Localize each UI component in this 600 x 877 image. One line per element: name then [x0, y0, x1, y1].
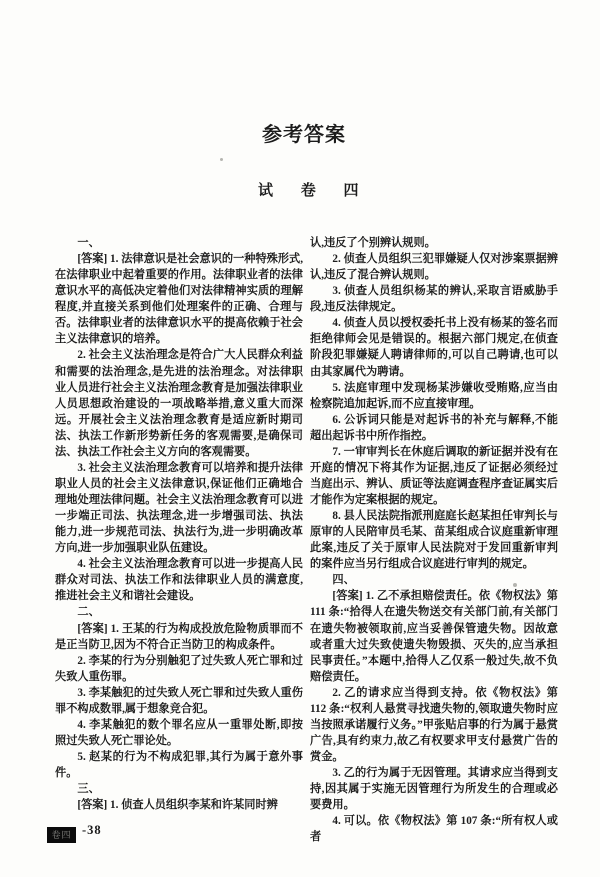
- answer-paragraph: 4. 可以。依《物权法》第 107 条:“所有权人或者: [310, 813, 558, 845]
- answer-paragraph: 4. 侦查人员以授权委托书上没有杨某的签名而拒绝律师会见是错误的。根据六部门规定…: [310, 315, 558, 379]
- answer-paragraph: 2. 李某的行为分别触犯了过失致人死亡罪和过失致人重伤罪。: [55, 653, 303, 685]
- answer-paragraph: [答案] 1. 侦查人员组织李某和许某同时辨: [55, 797, 303, 813]
- answer-paragraph: 3. 侦查人员组织杨某的辨认,采取言语威胁手段,违反法律规定。: [310, 283, 558, 315]
- answer-paragraph: 2. 乙的请求应当得到支持。依《物权法》第 112 条:“权利人悬赏寻找遗失物的…: [310, 685, 558, 765]
- answer-paragraph: 认,违反了个别辨认规则。: [310, 235, 558, 251]
- answer-paragraph: 2. 侦查人员组织三犯罪嫌疑人仅对涉案票据辨认,违反了混合辨认规则。: [310, 251, 558, 283]
- answer-paragraph: 8. 县人民法院指派刑庭庭长赵某担任审判长与原审的人民陪审员毛某、苗某组成合议庭…: [310, 508, 558, 572]
- footer-page-number: -38: [82, 823, 102, 838]
- answer-paragraph: 5. 法庭审理中发现杨某涉嫌收受贿赂,应当由检察院追加起诉,而不应直接审理。: [310, 380, 558, 412]
- answer-paragraph: [答案] 1. 王某的行为构成投放危险物质罪而不是正当防卫,因为不符合正当防卫的…: [55, 621, 303, 653]
- section-heading: 一、: [55, 235, 303, 251]
- answer-paragraph: 4. 李某触犯的数个罪名应从一重罪处断,即按照过失致人死亡罪论处。: [55, 717, 303, 749]
- answer-paragraph: [答案] 1. 法律意识是社会意识的一种特殊形式,在法律职业中起着重要的作用。法…: [55, 251, 303, 347]
- footer-volume-badge: 卷四: [47, 827, 76, 843]
- answer-paragraph: [答案] 1. 乙不承担赔偿责任。依《物权法》第 111 条:“拾得人在遗失物送…: [310, 588, 558, 684]
- right-column: 认,违反了个别辨认规则。2. 侦查人员组织三犯罪嫌疑人仅对涉案票据辨认,违反了混…: [310, 235, 558, 845]
- answer-paragraph: 2. 社会主义法治理念是符合广大人民群众利益和需要的法治理念,是先进的法治理念。…: [55, 347, 303, 459]
- section-heading: 二、: [55, 604, 303, 620]
- scanned-answer-page: 参考答案 试 卷 四 一、[答案] 1. 法律意识是社会意识的一种特殊形式,在法…: [0, 0, 600, 877]
- scan-speck: [220, 158, 223, 161]
- section-heading: 四、: [310, 572, 558, 588]
- paper-subtitle: 试 卷 四: [258, 179, 367, 200]
- answer-paragraph: 6. 公诉词只能是对起诉书的补充与解释,不能超出起诉书中所作指控。: [310, 412, 558, 444]
- answer-paragraph: 3. 李某触犯的过失致人死亡罪和过失致人重伤罪不构成数罪,属于想象竞合犯。: [55, 685, 303, 717]
- answer-paragraph: 4. 社会主义法治理念教育可以进一步提高人民群众对司法、执法工作和法律职业人员的…: [55, 556, 303, 604]
- page-title: 参考答案: [262, 118, 346, 147]
- answer-paragraph: 3. 社会主义法治理念教育可以培养和提升法律职业人员的社会主义法律意识,保证他们…: [55, 460, 303, 556]
- section-heading: 三、: [55, 781, 303, 797]
- answer-paragraph: 3. 乙的行为属于无因管理。其请求应当得到支持,因其属于实施无因管理行为所发生的…: [310, 765, 558, 813]
- answer-paragraph: 5. 赵某的行为不构成犯罪,其行为属于意外事件。: [55, 749, 303, 781]
- answer-paragraph: 7. 一审审判长在休庭后调取的新证据并没有在开庭的情况下将其作为证据,违反了证据…: [310, 444, 558, 508]
- left-column: 一、[答案] 1. 法律意识是社会意识的一种特殊形式,在法律职业中起着重要的作用…: [55, 235, 303, 813]
